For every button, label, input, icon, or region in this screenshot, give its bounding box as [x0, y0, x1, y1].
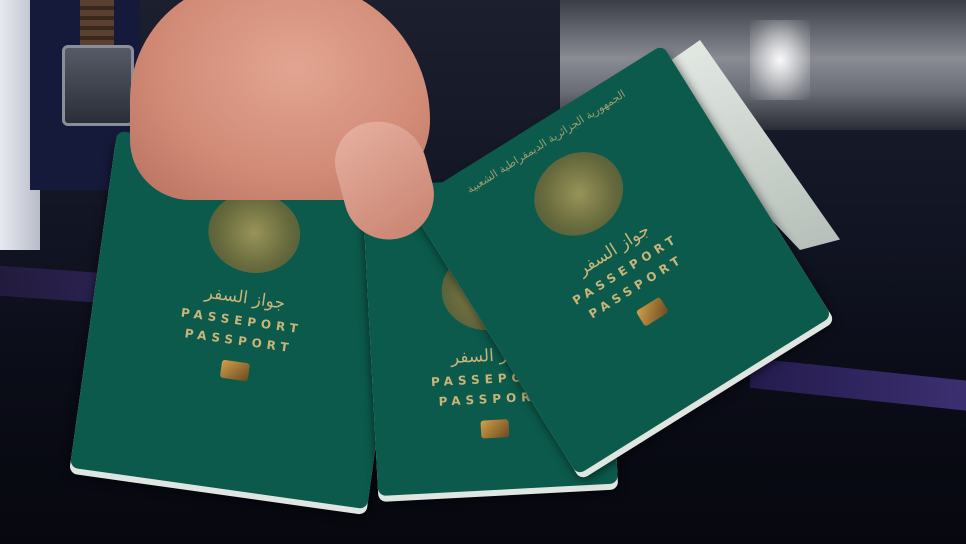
- light-glare: [750, 20, 810, 100]
- passport-line1: PASSEPORT: [495, 184, 757, 355]
- biometric-chip-icon: [480, 419, 509, 438]
- wristwatch: [62, 45, 134, 126]
- biometric-chip-icon: [636, 297, 669, 327]
- emblem-icon: [203, 187, 305, 279]
- biometric-chip-icon: [220, 360, 250, 382]
- desk-edge-right: [750, 358, 966, 412]
- watch-strap: [80, 0, 114, 46]
- photo-scene: الجمهورية الجزائرية الديمقراطية الشعبية …: [0, 0, 966, 544]
